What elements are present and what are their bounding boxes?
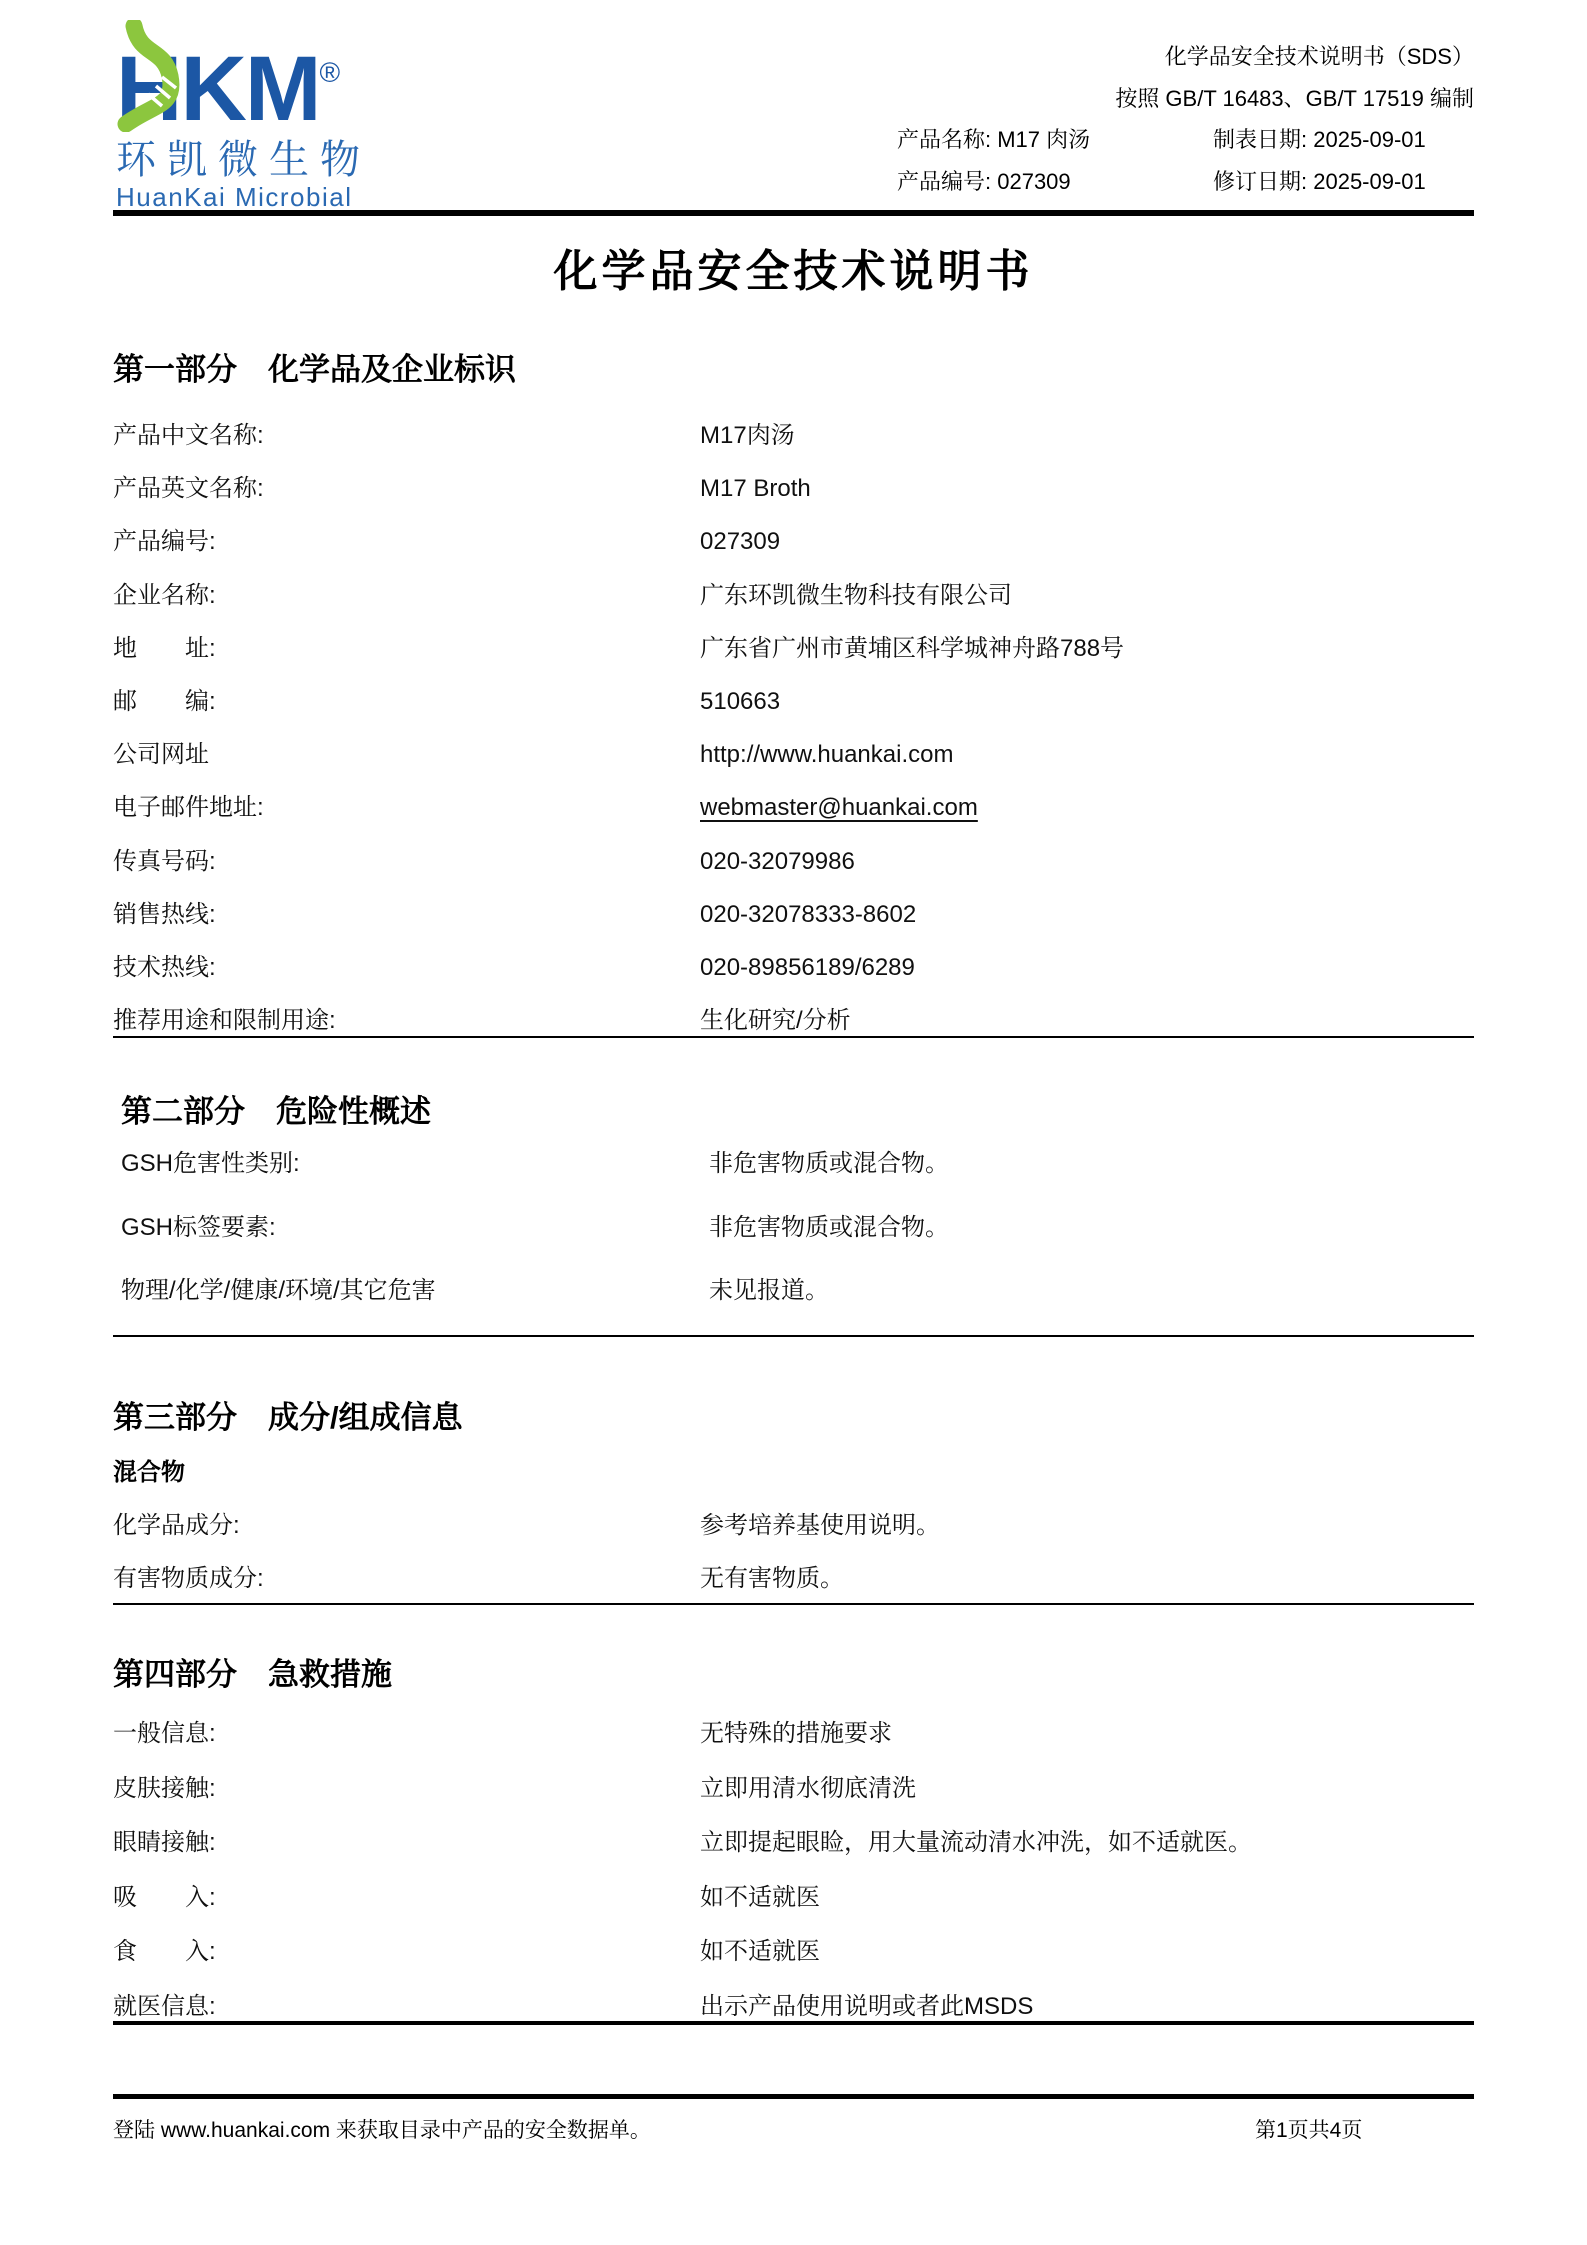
document-header: 化学品安全技术说明书（SDS） 按照 GB/T 16483、GB/T 17519… [897, 36, 1474, 202]
header-row-1: 产品名称: M17 肉汤 制表日期: 2025-09-01 [897, 119, 1474, 161]
field-label: 吸 入: [113, 1883, 700, 1913]
field-row: 销售热线:020-32078333-8602 [113, 897, 1474, 950]
section-rows: 化学品成分:参考培养基使用说明。有害物质成分:无有害物质。 [113, 1508, 1474, 1614]
logo-cn-name: 环凯微生物 [116, 138, 416, 182]
field-label: 电子邮件地址: [113, 793, 700, 823]
logo-acronym: HKM® [116, 24, 416, 138]
header-row-2: 产品编号: 027309 修订日期: 2025-09-01 [897, 161, 1474, 203]
email-link[interactable]: webmaster@huankai.com [700, 793, 978, 823]
field-value: 立即用清水彻底清洗 [700, 1774, 916, 1804]
field-value: 生化研究/分析 [700, 1006, 851, 1036]
field-value: 510663 [700, 687, 780, 717]
field-value: 出示产品使用说明或者此MSDS [700, 1992, 1033, 2022]
registered-trademark-icon: ® [320, 57, 341, 88]
field-value: 非危害物质或混合物。 [709, 1149, 949, 1179]
field-value: 无特殊的措施要求 [700, 1719, 892, 1749]
field-row: 眼睛接触:立即提起眼睑，用大量流动清水冲洗，如不适就医。 [113, 1825, 1474, 1880]
field-value: http://www.huankai.com [700, 740, 953, 770]
field-value: 020-32079986 [700, 847, 855, 877]
doc-type-line: 化学品安全技术说明书（SDS） [897, 36, 1474, 78]
field-label: GSH危害性类别: [121, 1149, 709, 1179]
section-heading: 第四部分 急救措施 [113, 1655, 392, 1695]
field-label: 化学品成分: [113, 1511, 700, 1541]
field-value: M17肉汤 [700, 421, 795, 451]
field-label: 公司网址 [113, 740, 700, 770]
field-label: 食 入: [113, 1937, 700, 1967]
field-label: 邮 编: [113, 687, 700, 717]
field-row: GSH标签要素:非危害物质或混合物。 [121, 1210, 1482, 1274]
field-label: 企业名称: [113, 581, 700, 611]
sds-page: HKM® 环凯微生物 HuanKai Microbial 化学品安全技术说明书（… [0, 0, 1587, 2245]
revise-date: 修订日期: 2025-09-01 [1213, 161, 1474, 203]
field-row: 公司网址http://www.huankai.com [113, 737, 1474, 790]
field-value: 020-89856189/6289 [700, 953, 915, 983]
field-label: 有害物质成分: [113, 1564, 700, 1594]
field-row: 产品编号:027309 [113, 524, 1474, 577]
field-row: 邮 编:510663 [113, 684, 1474, 737]
section-rows: 产品中文名称:M17肉汤产品英文名称:M17 Broth产品编号:027309企… [113, 418, 1474, 1056]
field-row: 企业名称:广东环凯微生物科技有限公司 [113, 578, 1474, 631]
field-value: M17 Broth [700, 474, 811, 504]
logo-hkm-text: HKM [116, 38, 320, 140]
field-label: 一般信息: [113, 1719, 700, 1749]
field-value: 020-32078333-8602 [700, 900, 916, 930]
standard-line: 按照 GB/T 16483、GB/T 17519 编制 [897, 78, 1474, 120]
field-row: 化学品成分:参考培养基使用说明。 [113, 1508, 1474, 1561]
company-logo: HKM® 环凯微生物 HuanKai Microbial [116, 24, 416, 212]
field-label: 产品中文名称: [113, 421, 700, 451]
field-label: 销售热线: [113, 900, 700, 930]
field-value: 未见报道。 [709, 1276, 829, 1306]
page-title: 化学品安全技术说明书 [0, 244, 1587, 300]
field-label: 就医信息: [113, 1992, 700, 2022]
field-row: 推荐用途和限制用途:生化研究/分析 [113, 1003, 1474, 1056]
field-value: 广东省广州市黄埔区科学城神舟路788号 [700, 634, 1124, 664]
section-heading: 第三部分 成分/组成信息 [113, 1398, 463, 1438]
footer-rule [113, 2094, 1474, 2099]
field-value: 广东环凯微生物科技有限公司 [700, 581, 1012, 611]
footer-note: 登陆 www.huankai.com 来获取目录中产品的安全数据单。 [113, 2116, 651, 2146]
field-row: 就医信息:出示产品使用说明或者此MSDS [113, 1989, 1474, 2044]
field-label: GSH标签要素: [121, 1213, 709, 1243]
field-row: 吸 入:如不适就医 [113, 1880, 1474, 1935]
field-label: 地 址: [113, 634, 700, 664]
section-heading: 第二部分 危险性概述 [121, 1092, 431, 1132]
field-value: 无有害物质。 [700, 1564, 844, 1594]
field-row: 一般信息:无特殊的措施要求 [113, 1716, 1474, 1771]
field-value: 如不适就医 [700, 1883, 820, 1913]
field-row: 电子邮件地址:webmaster@huankai.com [113, 790, 1474, 843]
section-subheading: 混合物 [113, 1458, 185, 1488]
field-value: 参考培养基使用说明。 [700, 1511, 940, 1541]
field-label: 产品英文名称: [113, 474, 700, 504]
field-label: 物理/化学/健康/环境/其它危害 [121, 1276, 709, 1306]
page-number: 第1页共4页 [1255, 2116, 1362, 2146]
header-rule [113, 210, 1474, 216]
field-label: 推荐用途和限制用途: [113, 1006, 700, 1036]
field-value: 如不适就医 [700, 1937, 820, 1967]
field-row: 有害物质成分:无有害物质。 [113, 1561, 1474, 1614]
field-value: 非危害物质或混合物。 [709, 1213, 949, 1243]
field-row: 地 址:广东省广州市黄埔区科学城神舟路788号 [113, 631, 1474, 684]
field-row: 技术热线:020-89856189/6289 [113, 950, 1474, 1003]
field-row: GSH危害性类别:非危害物质或混合物。 [121, 1146, 1482, 1210]
field-label: 眼睛接触: [113, 1828, 700, 1858]
section-heading: 第一部分 化学品及企业标识 [113, 350, 516, 390]
field-label: 技术热线: [113, 953, 700, 983]
field-row: 皮肤接触:立即用清水彻底清洗 [113, 1771, 1474, 1826]
product-name: 产品名称: M17 肉汤 [897, 119, 1213, 161]
field-value: 立即提起眼睑，用大量流动清水冲洗，如不适就医。 [700, 1828, 1252, 1858]
field-row: 产品英文名称:M17 Broth [113, 471, 1474, 524]
section-rows: GSH危害性类别:非危害物质或混合物。GSH标签要素:非危害物质或混合物。物理/… [121, 1146, 1482, 1337]
field-label: 皮肤接触: [113, 1774, 700, 1804]
field-value: 027309 [700, 527, 780, 557]
field-row: 食 入:如不适就医 [113, 1934, 1474, 1989]
product-code: 产品编号: 027309 [897, 161, 1213, 203]
field-row: 产品中文名称:M17肉汤 [113, 418, 1474, 471]
field-label: 产品编号: [113, 527, 700, 557]
field-row: 传真号码:020-32079986 [113, 844, 1474, 897]
create-date: 制表日期: 2025-09-01 [1213, 119, 1474, 161]
logo-en-name: HuanKai Microbial [116, 182, 416, 212]
section-rows: 一般信息:无特殊的措施要求皮肤接触:立即用清水彻底清洗眼睛接触:立即提起眼睑，用… [113, 1716, 1474, 2044]
field-row: 物理/化学/健康/环境/其它危害未见报道。 [121, 1273, 1482, 1337]
field-label: 传真号码: [113, 847, 700, 877]
